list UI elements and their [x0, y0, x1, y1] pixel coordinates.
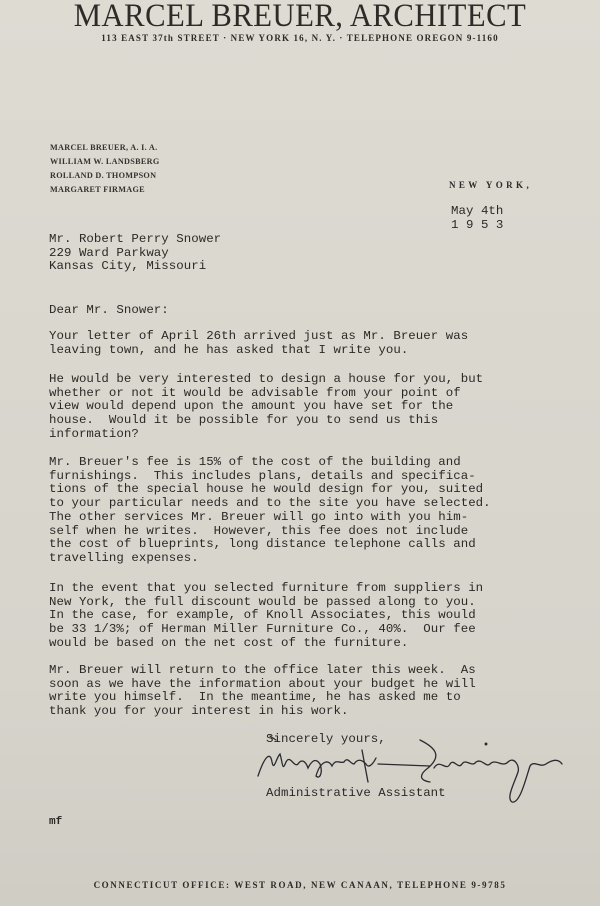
typist-initials: mf: [49, 816, 62, 830]
letterhead-title: MARCEL BREUER, ARCHITECT: [21, 0, 579, 35]
date-year: 1 9 5 3: [451, 219, 503, 233]
partner-name: WILLIAM W. LANDSBERG: [50, 155, 160, 169]
partner-name: MARGARET FIRMAGE: [50, 183, 160, 197]
partner-name: MARCEL BREUER, A. I. A.: [50, 141, 160, 155]
letter-date: May 4th1 9 5 3: [451, 205, 503, 232]
partner-name: ROLLAND D. THOMPSON: [50, 169, 160, 183]
signer-title: Administrative Assistant: [266, 787, 446, 801]
letterhead-address: 113 EAST 37th STREET · NEW YORK 16, N. Y…: [0, 33, 600, 43]
partner-list: MARCEL BREUER, A. I. A. WILLIAM W. LANDS…: [50, 141, 160, 197]
letterhead-footer: CONNECTICUT OFFICE: WEST ROAD, NEW CANAA…: [0, 880, 600, 890]
recipient-street: 229 Ward Parkway: [49, 247, 221, 261]
salutation: Dear Mr. Snower:: [49, 304, 169, 318]
body-paragraph-2: He would be very interested to design a …: [49, 373, 483, 442]
body-paragraph-1: Your letter of April 26th arrived just a…: [49, 330, 468, 357]
body-paragraph-4: In the event that you selected furniture…: [49, 582, 483, 651]
letter-location: NEW YORK,: [449, 180, 532, 190]
letter-page: MARCEL BREUER, ARCHITECT 113 EAST 37th S…: [0, 0, 600, 906]
date-month-day: May 4th: [451, 205, 503, 219]
body-paragraph-5: Mr. Breuer will return to the office lat…: [49, 664, 476, 719]
recipient-name: Mr. Robert Perry Snower: [49, 233, 221, 247]
body-paragraph-3: Mr. Breuer's fee is 15% of the cost of t…: [49, 456, 491, 566]
recipient-city: Kansas City, Missouri: [49, 260, 221, 274]
recipient-address: Mr. Robert Perry Snower229 Ward ParkwayK…: [49, 233, 221, 274]
